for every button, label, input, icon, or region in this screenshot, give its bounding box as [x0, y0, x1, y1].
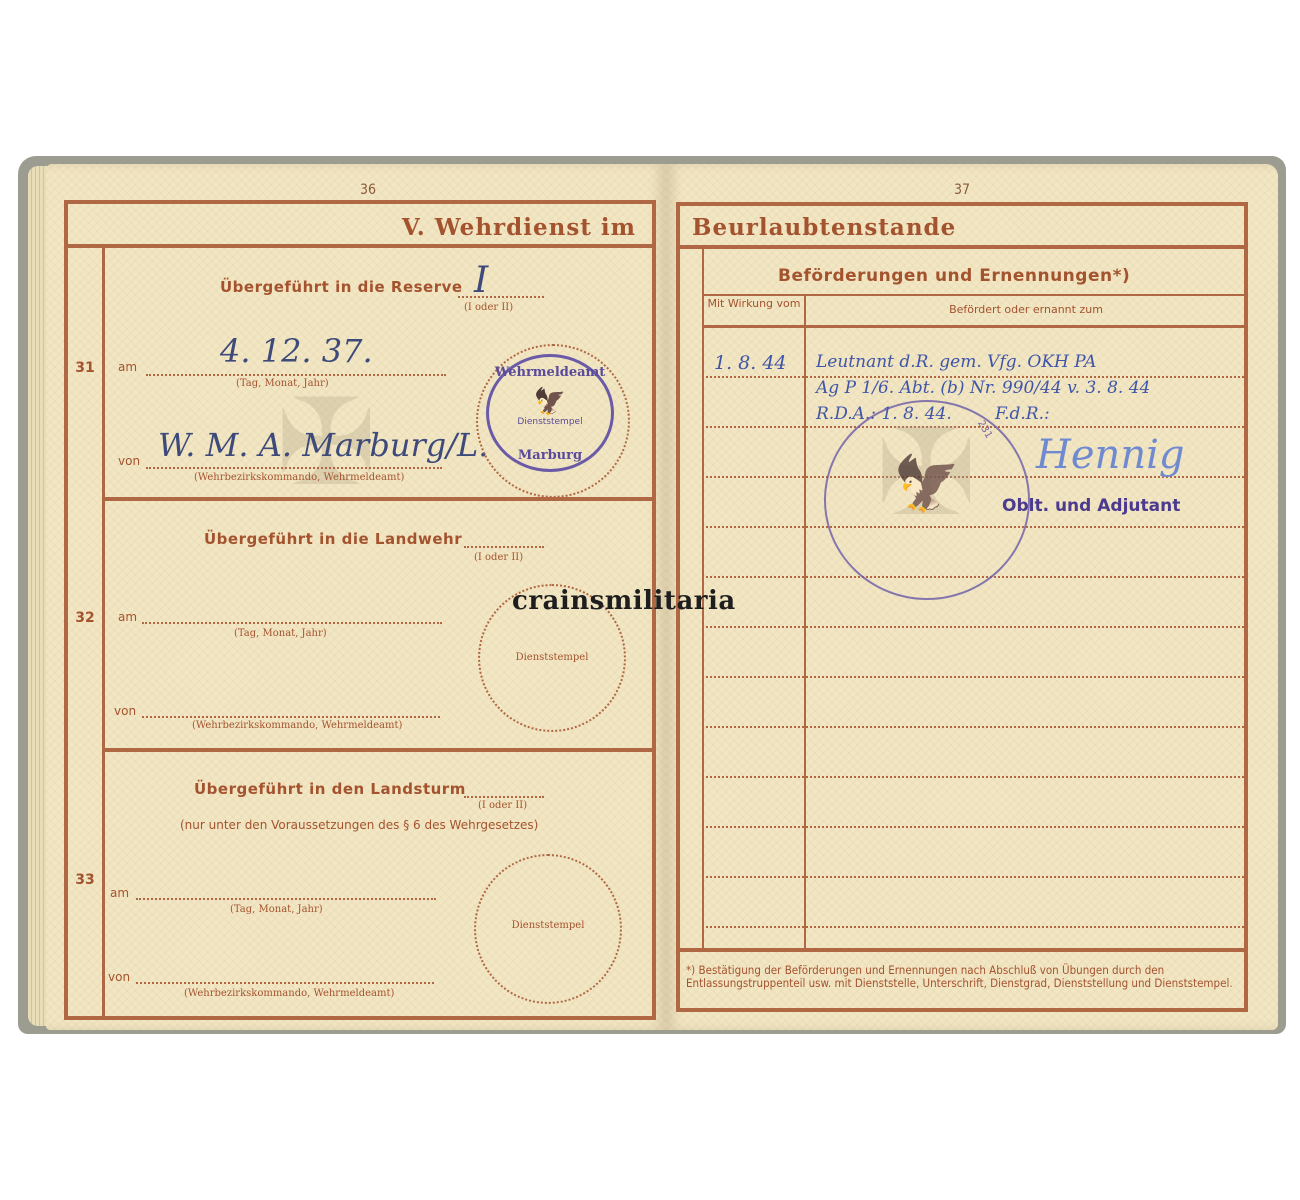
page-title-right: Beurlaubtenstande — [692, 214, 956, 241]
field-hint: (I oder II) — [474, 552, 523, 563]
page-number-right: 37 — [942, 182, 982, 198]
date-column-divider — [804, 296, 806, 949]
entry-date: 1. 8. 44 — [714, 352, 787, 374]
field-hint: (I oder II) — [478, 800, 527, 811]
table-row-line — [706, 826, 1244, 828]
section-heading: Übergeführt in den Landsturm — [194, 780, 466, 798]
am-date-field[interactable] — [146, 374, 446, 376]
title-divider — [676, 245, 1248, 249]
seller-watermark: crainsmilitaria — [512, 586, 736, 616]
stamp-bottom-text: Marburg — [489, 448, 611, 463]
row-number: 31 — [68, 360, 102, 376]
page-title-left: V. Wehrdienst im — [402, 214, 636, 241]
unit-stamp: 🦅 231 — [824, 400, 1030, 600]
eagle-icon: 🦅 — [826, 452, 1028, 516]
footnote-divider — [676, 948, 1248, 952]
section-heading: Übergeführt in die Landwehr — [204, 530, 462, 548]
field-hint: (Tag, Monat, Jahr) — [236, 378, 329, 389]
am-label: am — [118, 610, 137, 624]
column-header-date: Mit Wirkung vom — [706, 298, 802, 310]
row-number: 33 — [68, 872, 102, 888]
field-hint: (Wehrbezirkskommando, Wehrmeldeamt) — [194, 472, 404, 483]
stamp-center-text: Dienststempel — [489, 417, 611, 427]
von-value: W. M. A. Marburg/L. — [158, 426, 488, 464]
entry-line: Leutnant d.R. gem. Vfg. OKH PA — [816, 352, 1096, 372]
am-date-field[interactable] — [136, 898, 436, 900]
section-heading: Übergeführt in die Reserve — [220, 278, 463, 296]
page-number-left: 36 — [348, 182, 388, 198]
eagle-icon: 🦅 — [489, 387, 611, 417]
section-note: (nur unter den Voraussetzungen des § 6 d… — [180, 818, 538, 832]
right-page: 37 Beurlaubtenstande Beförderungen und E… — [666, 164, 1278, 1030]
section-divider — [102, 748, 656, 752]
field-hint: (Wehrbezirkskommando, Wehrmeldeamt) — [184, 988, 394, 999]
am-label: am — [110, 886, 129, 900]
stamp-placeholder-label: Dienststempel — [474, 920, 622, 931]
section-title: Beförderungen und Ernennungen*) — [778, 266, 1130, 286]
stamp-number: 231 — [975, 418, 994, 440]
signature: Hennig — [1036, 432, 1184, 478]
column-header-rank: Befördert oder ernannt zum — [806, 304, 1246, 316]
von-label: von — [118, 454, 140, 468]
am-label: am — [118, 360, 137, 374]
row-number: 32 — [68, 610, 102, 626]
footnote: *) Bestätigung der Beförderungen und Ern… — [686, 964, 1242, 990]
am-date-value: 4. 12. 37. — [220, 332, 373, 370]
row-number-column-divider — [102, 244, 105, 1020]
stamp-top-text: Wehrmeldeamt — [489, 365, 611, 380]
title-divider — [64, 244, 656, 248]
table-row-line — [706, 726, 1244, 728]
von-label: von — [108, 970, 130, 984]
von-field[interactable] — [136, 982, 434, 984]
landwehr-field[interactable] — [464, 546, 544, 548]
signature-title: Oblt. und Adjutant — [1002, 496, 1180, 516]
reserve-value: I — [474, 260, 488, 301]
von-label: von — [114, 704, 136, 718]
field-hint: (Wehrbezirkskommando, Wehrmeldeamt) — [192, 720, 402, 731]
stamp-placeholder-label: Dienststempel — [478, 652, 626, 663]
entry-line: Ag P 1/6. Abt. (b) Nr. 990/44 v. 3. 8. 4… — [816, 378, 1150, 398]
am-date-field[interactable] — [142, 622, 442, 624]
right-page-frame — [676, 202, 1248, 1012]
landsturm-field[interactable] — [464, 796, 544, 798]
column-header-divider — [702, 325, 1248, 328]
table-row-line — [706, 876, 1244, 878]
table-row-line — [706, 926, 1244, 928]
von-field[interactable] — [142, 716, 440, 718]
section-divider — [102, 497, 656, 501]
field-hint: (Tag, Monat, Jahr) — [230, 904, 323, 915]
von-field[interactable] — [146, 467, 442, 469]
table-row-line — [706, 676, 1244, 678]
table-row-line — [706, 626, 1244, 628]
table-row-line — [706, 776, 1244, 778]
reserve-field[interactable] — [458, 296, 544, 298]
field-hint: (I oder II) — [464, 302, 513, 313]
wehrmeldeamt-stamp: Wehrmeldeamt 🦅 Dienststempel Marburg — [486, 354, 614, 472]
header-divider — [702, 294, 1248, 296]
field-hint: (Tag, Monat, Jahr) — [234, 628, 327, 639]
